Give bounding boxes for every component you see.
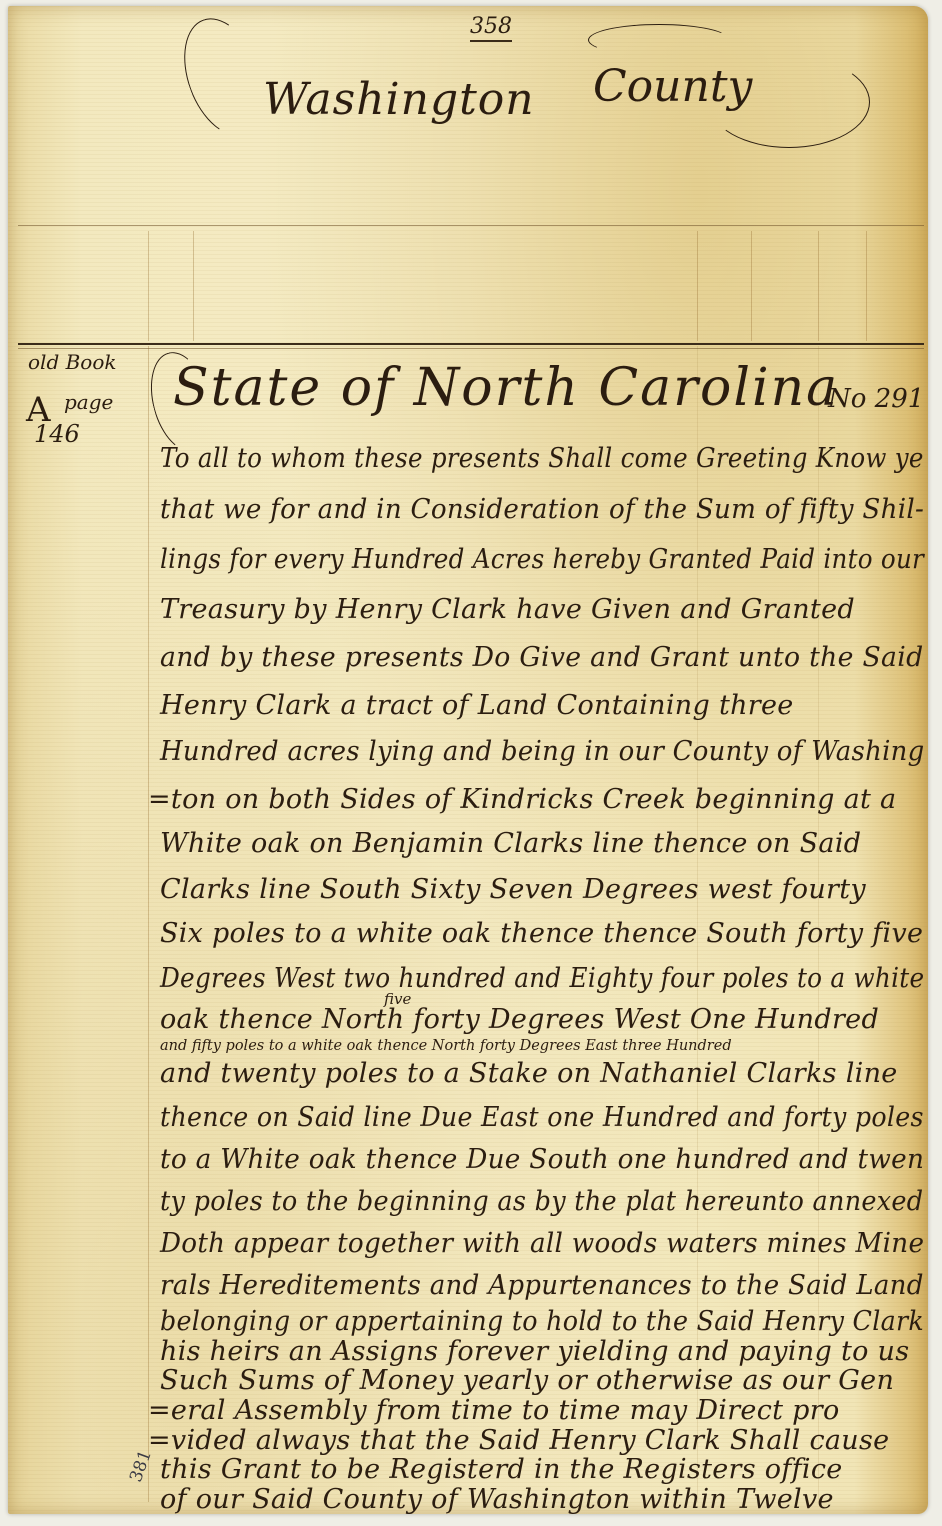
body-line: =eral Assembly from time to time may Dir…: [148, 1395, 840, 1426]
ruling-line: [866, 231, 867, 341]
body-line: =vided always that the Said Henry Clark …: [148, 1425, 889, 1456]
margin-note-page-label: page: [64, 390, 113, 414]
body-line: rals Hereditements and Appurtenances to …: [160, 1270, 924, 1301]
county-label-heading: County: [593, 61, 752, 112]
body-line: ty poles to the beginning as by the plat…: [160, 1186, 923, 1217]
county-name-heading: Washington: [263, 74, 535, 125]
ruling-line: [751, 231, 752, 341]
header-rule: [18, 225, 924, 226]
body-line: to a White oak thence Due South one hund…: [160, 1144, 924, 1175]
margin-line: [148, 346, 149, 1502]
body-line: Such Sums of Money yearly or otherwise a…: [160, 1365, 894, 1396]
body-line: Doth appear together with all woods wate…: [160, 1228, 924, 1259]
body-line: thence on Said line Due East one Hundred…: [160, 1102, 924, 1133]
body-line: Clarks line South Sixty Seven Degrees we…: [160, 874, 866, 905]
body-line: Treasury by Henry Clark have Given and G…: [160, 594, 855, 625]
body-line: belonging or appertaining to hold to the…: [160, 1306, 924, 1337]
ledger-page: 358 Washington County old Book A page 14…: [8, 6, 928, 1514]
document-title: State of North Carolina: [173, 358, 839, 418]
margin-note-old-book: old Book: [28, 350, 117, 374]
flourish-ornament: [588, 24, 730, 56]
body-line: White oak on Benjamin Clarks line thence…: [160, 828, 861, 859]
ruling-line: [193, 231, 194, 341]
ruling-line: [697, 231, 698, 341]
grant-number: No 291: [828, 384, 924, 414]
margin-note-page-number: 146: [34, 420, 80, 448]
body-line: Henry Clark a tract of Land Containing t…: [160, 690, 794, 721]
page-number: 358: [470, 14, 512, 42]
body-line: his heirs an Assigns forever yielding an…: [160, 1336, 909, 1367]
ruling-line: [148, 231, 149, 341]
body-line: that we for and in Consideration of the …: [160, 494, 924, 525]
body-line: Degrees West two hundred and Eighty four…: [160, 963, 924, 994]
body-line: and twenty poles to a Stake on Nathaniel…: [160, 1058, 898, 1089]
body-line: lings for every Hundred Acres hereby Gra…: [160, 544, 924, 575]
interlineation: and fifty poles to a white oak thence No…: [160, 1038, 732, 1054]
body-line: of our Said County of Washington within …: [160, 1484, 834, 1515]
section-rule: [18, 343, 924, 345]
body-line: and by these presents Do Give and Grant …: [160, 642, 923, 673]
body-line: Hundred acres lying and being in our Cou…: [160, 736, 925, 767]
ruling-line: [818, 231, 819, 341]
body-line: Six poles to a white oak thence thence S…: [160, 918, 923, 949]
body-line: oak thence North forty Degrees West One …: [160, 1004, 879, 1035]
body-line: this Grant to be Registerd in the Regist…: [160, 1454, 843, 1485]
section-rule-secondary: [18, 348, 924, 349]
folio-number: 381: [126, 1448, 156, 1485]
body-line: To all to whom these presents Shall come…: [160, 443, 924, 474]
body-line: =ton on both Sides of Kindricks Creek be…: [148, 784, 896, 815]
